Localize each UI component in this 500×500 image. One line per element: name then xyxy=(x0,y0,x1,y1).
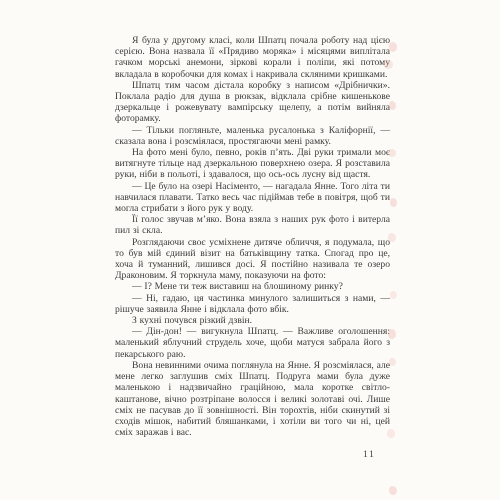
scan-artifact-smudge xyxy=(390,291,397,299)
scan-artifact-smudge xyxy=(389,101,396,110)
paragraph: На фото мені було, певно, років п’ять. Д… xyxy=(115,147,390,181)
paragraph: Її голос звучав м’яко. Вона взяла з наши… xyxy=(115,214,390,236)
page-number: 11 xyxy=(363,449,375,460)
paragraph: Шпатц тим часом дістала коробку з написо… xyxy=(115,80,390,125)
paragraph: Вона невинними очима поглянула на Янне. … xyxy=(115,360,390,438)
scan-artifact-smudge xyxy=(389,358,396,366)
text-column: Я була у другому класі, коли Шпатц почал… xyxy=(115,35,390,438)
paragraph-dialogue: — Ні, гадаю, ця частинка минулого залиши… xyxy=(115,293,390,315)
scan-artifact-smudge xyxy=(390,198,397,207)
paragraph: Розглядаючи своє усміхнене дитяче обличч… xyxy=(115,237,390,282)
paragraph-dialogue: — Дін-дон! — вигукнула Шпатц. — Важливе … xyxy=(115,326,390,360)
book-page: Я була у другому класі, коли Шпатц почал… xyxy=(0,0,500,500)
paragraph: Я була у другому класі, коли Шпатц почал… xyxy=(115,35,390,80)
paragraph-dialogue: — Це було на озері Насіменто, — нагадала… xyxy=(115,181,390,215)
paragraph-dialogue: — Тільки погляньте, маленька русалонька … xyxy=(115,125,390,147)
scan-artifact-smudge xyxy=(389,42,397,52)
scan-artifact-smudge xyxy=(389,486,397,495)
paragraph: З кухні почувся різкий дзвін. xyxy=(115,315,390,326)
paragraph-dialogue: — І? Мене ти теж виставиш на блошиному р… xyxy=(115,281,390,292)
